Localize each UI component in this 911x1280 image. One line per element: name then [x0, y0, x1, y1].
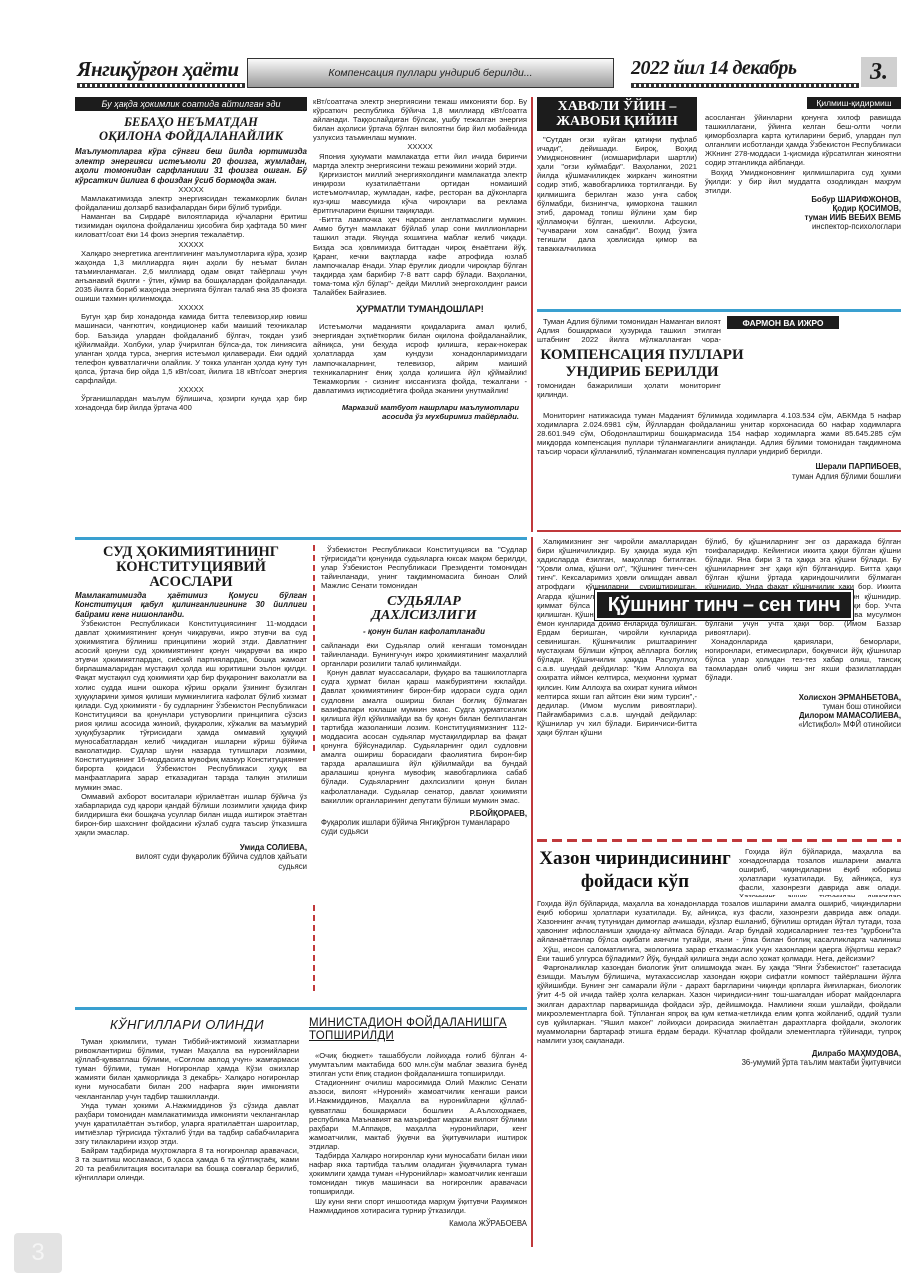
stadium-paragraph: «Очиқ бюджет» ташаббусли лойиҳада ғолиб …	[309, 1051, 527, 1078]
judges-subtitle: - қонун билан кафолатланади	[321, 627, 527, 636]
leaves-headline-line2: фойдаси кўп	[537, 870, 733, 893]
court-lead: Мамлакатимизда ҳаётимиз Қомуси бўлган Ко…	[75, 591, 307, 619]
judges-paragraph: Қонун давлат муассасалари, фуқаро ва таш…	[321, 668, 527, 804]
leaves-headline: Хазон чириндисининг фойдаси кўп	[537, 847, 733, 893]
stadium-headline-line1: МИНИСТАДИОН ФОЙДАЛАНИШГА	[309, 1017, 527, 1030]
separator: XXXXX	[75, 385, 307, 394]
column-divider	[313, 905, 315, 995]
compensation-paragraph: Мониторинг натижасида туман Маданият бўл…	[537, 411, 901, 456]
gambling-paragraph: "Сутдан оғзи куйган қатиқни пуфлаб ичади…	[537, 135, 697, 253]
masthead-ornament-right	[631, 83, 859, 88]
leaves-headline-line1: Хазон чириндисининг	[537, 847, 733, 870]
energy-paragraph: Ўрганишлардан маълум бўлишича, ҳозирги к…	[75, 394, 307, 412]
stadium-paragraph: Стадионнинг очилиш маросимида Олий Мажли…	[309, 1078, 527, 1151]
hearts-paragraph: Байрам тадбирида муҳтожларга 8 та ногиро…	[75, 1146, 299, 1182]
energy-paragraph: кВт/соатгача электр энергиясини тежаш им…	[313, 97, 527, 142]
sig-role: туман бош отинойиси	[705, 702, 901, 711]
sig-name: Р.БОЙҚОРАЕВ,	[470, 809, 527, 818]
sig-role: туман Адлия бўлими бошлиғи	[537, 472, 901, 481]
energy-headline-line1: БЕБАҲО НЕЪМАТДАН	[75, 115, 307, 129]
court-body: Мамлакатимизда ҳаётимиз Қомуси бўлган Ко…	[75, 591, 307, 871]
court-headline-line1: СУД ҲОКИМИЯТИНИНГ	[75, 545, 307, 560]
hearts-paragraph: Унда туман ҳокими А.Нажмиддинов ўз сўзид…	[75, 1101, 299, 1146]
court-signature: Умида СОЛИЕВА, вилоят суди фуқаролик бўй…	[75, 843, 307, 871]
section-rule	[75, 537, 527, 540]
column-divider	[313, 545, 315, 755]
separator: XXXXX	[75, 303, 307, 312]
masthead-ornament-left	[77, 83, 245, 88]
energy-paragraph: -Битта лампочка ҳеч нарсани англатмаслиг…	[313, 215, 527, 297]
leaves-signature: Дилрабо МАҲМУДОВА, 36-умумий ўрта таълим…	[537, 1049, 901, 1067]
energy-paragraph: Халқаро энергетика агентлигининг маълумо…	[75, 249, 307, 304]
energy-paragraph: Наманган ва Сирдарё вилоятларида кўчалар…	[75, 212, 307, 239]
sig-name: Камола ЖЎРАБОЕВА	[309, 1219, 527, 1228]
gambling-col2: асосланган ўйинларни қонунга хилоф равиш…	[705, 113, 901, 232]
hearts-headline: КЎНГИЛЛАРИ ОЛИНДИ	[75, 1017, 299, 1032]
neighbors-col2: бўлиб, бу қўшниларнинг энг оз даражада б…	[705, 537, 901, 729]
section-rule	[537, 839, 901, 842]
court-headline: СУД ҲОКИМИЯТИНИНГ КОНСТИТУЦИЯВИЙ АСОСЛАР…	[75, 545, 307, 590]
newspaper-page: Янгиқўрғон ҳаёти Компенсация пуллари унд…	[75, 55, 905, 1265]
sig-role: туман ИИБ ВЕБИХ ВЕМБ	[805, 213, 901, 222]
masthead-title: Янгиқўрғон ҳаёти	[77, 57, 239, 82]
compensation-main: Мониторинг натижасида туман Маданият бўл…	[537, 411, 901, 481]
neighbors-paragraph: Халқимизнинг энг чиройли амалларидан бир…	[537, 537, 697, 737]
energy-paragraph: Мамлакатимизда электр энергиясидан тежам…	[75, 194, 307, 212]
sig-role: инспектор-психологлари	[705, 222, 901, 231]
energy-paragraph: Қирғизистон миллий энергияхолдинги мамла…	[313, 170, 527, 215]
sig-role: вилоят суди фуқаролик бўйича судлов ҳайъ…	[75, 852, 307, 870]
judges-headline-line1: СУДЬЯЛАР	[321, 595, 527, 609]
gambling-paragraph: Воҳид Умиджоновнинг қилмишларига суд ҳук…	[705, 168, 901, 195]
column-divider	[531, 537, 533, 1247]
neighbors-headline: Қўшнинг тинч – сен тинч	[595, 590, 853, 620]
energy-lead: Маълумотларга кўра сўнгги беш йилда юрти…	[75, 147, 307, 185]
page-number: 3.	[861, 57, 897, 87]
sig-name: Шерали ПАРПИБОЕВ,	[816, 462, 902, 471]
page-indicator-button[interactable]: 3	[14, 1233, 62, 1273]
judges-paragraph: сайланади ёки Судьялар олий кенгаши томо…	[321, 641, 527, 668]
stadium-headline-line2: ТОПШИРИЛДИ	[309, 1030, 527, 1043]
neighbors-paragraph: Хонадонларида қариялари, беморлари, ноги…	[705, 637, 901, 682]
masthead-teaser: Компенсация пуллари ундириб берилди...	[247, 58, 614, 88]
leaves-paragraph: Хўш, инсон саломатлигига, экологияга зар…	[537, 945, 901, 963]
leaves-paragraph: Фарғоналиклар хазондан биологик ўғит оли…	[537, 963, 901, 1045]
gambling-rubric: Қилмиш-қидирмиш	[807, 97, 901, 109]
gambling-headline: ХАВФЛИ ЎЙИН – ЖАВОБИ ҚИЙИН	[537, 97, 697, 131]
stadium-body: «Очиқ бюджет» ташаббусли лойиҳада ғолиб …	[309, 1051, 527, 1228]
compensation-headline-line1: КОМПЕНСАЦИЯ ПУЛЛАРИ	[537, 347, 747, 364]
judges-paragraph: Ўзбекистон Республикаси Конституцияси ва…	[321, 545, 527, 590]
energy-subhead: ҲУРМАТЛИ ТУМАНДОШЛАР!	[313, 305, 527, 314]
neighbors-paragraph: бўлиб, бу қўшниларнинг энг оз даражада б…	[705, 537, 901, 637]
sig-name: Умида СОЛИЕВА,	[240, 843, 307, 852]
leaves-body: Гоҳида йўл бўйларида, маҳалла ва хонадон…	[537, 899, 901, 1067]
issue-date: 2022 йил 14 декабрь	[631, 57, 797, 80]
separator: XXXXX	[313, 142, 527, 151]
gambling-headline-line1: ХАВФЛИ ЎЙИН –	[558, 99, 677, 114]
energy-kicker: Бу ҳақда ҳокимлик соатида айтилган эди	[75, 97, 307, 111]
leaves-paragraph: Гоҳида йўл бўйларида, маҳалла ва хонадон…	[537, 899, 901, 945]
gambling-col1: "Сутдан оғзи куйган қатиқни пуфлаб ичади…	[537, 135, 697, 253]
stadium-paragraph: Шу куни янги спорт иншоотида марҳум ўқит…	[309, 1197, 527, 1215]
separator: XXXXX	[75, 185, 307, 194]
compensation-headline: КОМПЕНСАЦИЯ ПУЛЛАРИ УНДИРИБ БЕРИЛДИ	[537, 343, 747, 381]
energy-col1: Маълумотларга кўра сўнгги беш йилда юрти…	[75, 147, 307, 412]
judges-headline: СУДЬЯЛАР ДАХЛСИЗЛИГИ	[321, 595, 527, 623]
judges-body: сайланади ёки Судьялар олий кенгаши томо…	[321, 641, 527, 836]
energy-paragraph: Япония ҳукумати мамлакатда етти йил ичид…	[313, 152, 527, 170]
court-paragraph: Оммавий ахборот воситалари кўрилаётган и…	[75, 792, 307, 837]
judges-signature: Р.БОЙҚОРАЕВ, Фуқаролик ишлари бўйича Янг…	[321, 809, 527, 837]
compensation-headline-line2: УНДИРИБ БЕРИЛДИ	[537, 364, 747, 381]
sig-name: Қодир ҚОСИМОВ,	[832, 204, 901, 213]
judges-intro: Ўзбекистон Республикаси Конституцияси ва…	[321, 545, 527, 590]
gambling-paragraph: асосланган ўйинларни қонунга хилоф равиш…	[705, 113, 901, 168]
section-rule	[537, 309, 901, 312]
stadium-headline: МИНИСТАДИОН ФОЙДАЛАНИШГА ТОПШИРИЛДИ	[309, 1017, 527, 1043]
judges-headline-line2: ДАХЛСИЗЛИГИ	[321, 609, 527, 623]
energy-paragraph: Истеъмолчи маданияти қоидаларига амал қи…	[313, 322, 527, 395]
leaves-intro-top: Гоҳида йўл бўйларида, маҳалла ва хонадон…	[739, 847, 901, 897]
sig-role: 36-умумий ўрта таълим мактаби ўқитувчиси	[537, 1058, 901, 1067]
stadium-paragraph: Тадбирда Халқаро ногиронлар куни муносаб…	[309, 1151, 527, 1196]
energy-paragraph: Бугун ҳар бир хонадонда камида битта тел…	[75, 312, 307, 385]
sig-name: Дилором МАМАСОЛИЕВА,	[799, 711, 901, 720]
court-paragraph: Ўзбекистон Республикаси Конституциясинин…	[75, 619, 307, 792]
sig-name: Бобур ШАРИФЖОНОВ,	[811, 195, 901, 204]
gambling-headline-line2: ЖАВОБИ ҚИЙИН	[556, 114, 678, 129]
court-headline-line2: КОНСТИТУЦИЯВИЙ	[75, 560, 307, 575]
energy-credit: Марказий матбуот нашрлари маълумотлари а…	[313, 403, 527, 421]
energy-col2: кВт/соатгача электр энергиясини тежаш им…	[313, 97, 527, 421]
neighbors-signature: Холисхон ЭРМАНБЕТОВА, туман бош отинойис…	[705, 693, 901, 730]
sig-name: Дилрабо МАҲМУДОВА,	[812, 1049, 901, 1058]
sig-role: Фуқаролик ишлари бўйича Янгиқўрғон туман…	[321, 818, 527, 836]
compensation-signature: Шерали ПАРПИБОЕВ, туман Адлия бўлими бош…	[537, 462, 901, 480]
stadium-signature: Камола ЖЎРАБОЕВА	[309, 1219, 527, 1228]
energy-headline-line2: ОҚИЛОНА ФОЙДАЛАНАЙЛИК	[75, 129, 307, 143]
leaves-paragraph: Гоҳида йўл бўйларида, маҳалла ва хонадон…	[739, 847, 901, 897]
section-rule	[537, 530, 901, 532]
section-rule	[75, 1007, 527, 1010]
gambling-signature: Бобур ШАРИФЖОНОВ, Қодир ҚОСИМОВ, туман И…	[705, 195, 901, 232]
neighbors-col1: Халқимизнинг энг чиройли амалларидан бир…	[537, 537, 697, 737]
hearts-body: Туман ҳокимлиги, туман Тиббий-ижтимоий х…	[75, 1037, 299, 1183]
column-divider	[531, 97, 533, 532]
sig-name: Холисхон ЭРМАНБЕТОВА,	[799, 693, 901, 702]
court-headline-line3: АСОСЛАРИ	[75, 575, 307, 590]
hearts-paragraph: Туман ҳокимлиги, туман Тиббий-ижтимоий х…	[75, 1037, 299, 1101]
teaser-text: Компенсация пуллари ундириб берилди...	[328, 67, 532, 79]
sig-role: «Истиқбол» МФЙ отинойиси	[705, 720, 901, 729]
separator: XXXXX	[75, 240, 307, 249]
energy-headline: БЕБАҲО НЕЪМАТДАН ОҚИЛОНА ФОЙДАЛАНАЙЛИК	[75, 115, 307, 143]
